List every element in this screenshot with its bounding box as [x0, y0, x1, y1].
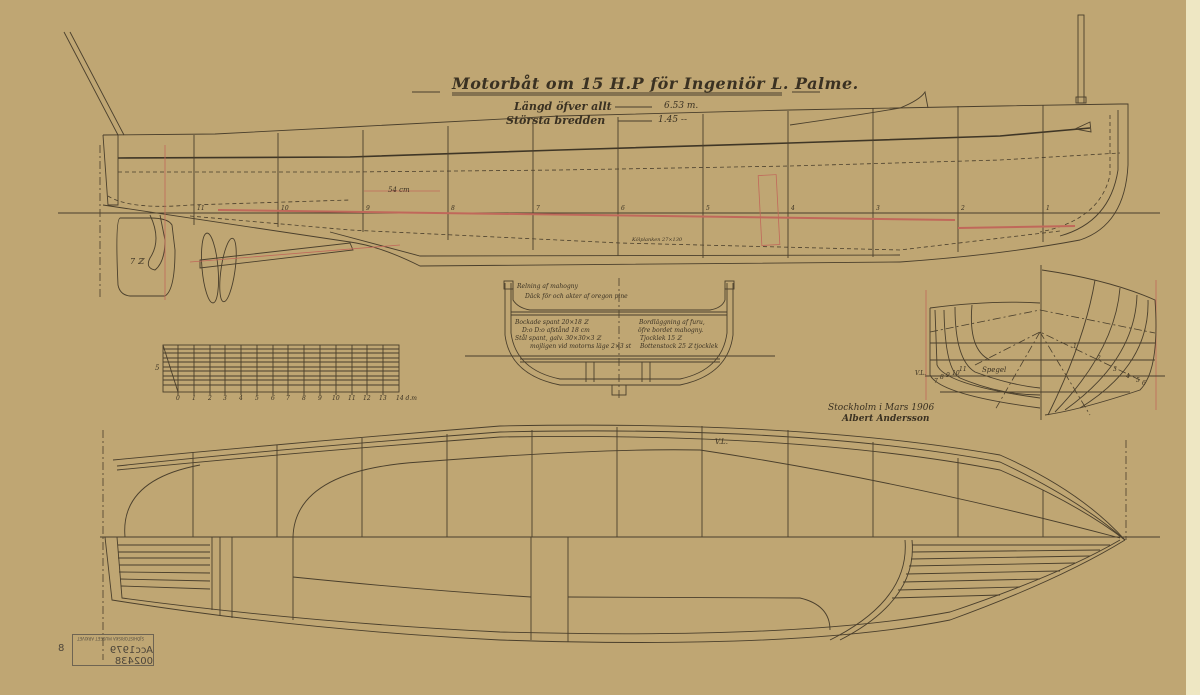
body-station-label: 5	[1136, 377, 1140, 384]
svg-text:1: 1	[1046, 205, 1050, 212]
scale-tick: 0	[176, 395, 180, 402]
scale-tick: 14 d.m	[396, 395, 417, 402]
keel-label: Kölplanken 27×130	[632, 237, 682, 243]
scale-tick: 4	[239, 395, 243, 402]
section-note: öfre bordet mahogny.	[638, 327, 703, 334]
svg-text:3: 3	[876, 205, 880, 212]
profile-view	[58, 15, 1160, 304]
body-plan	[925, 265, 1165, 420]
scale-tick: 5	[255, 395, 259, 402]
spec-length-label: Längd öfver allt	[514, 100, 612, 113]
section-note: Däck för och akter af oregon pine	[525, 293, 628, 300]
scale-tick: 6	[271, 395, 275, 402]
scale-tick: 3	[223, 395, 227, 402]
body-station-label: 9	[946, 372, 950, 379]
body-station-label: 2	[1097, 355, 1101, 362]
stamp-institution: SJÖHISTORISKA MUSEET ARKIVET	[77, 636, 144, 641]
body-station-label: 6	[1142, 380, 1146, 387]
profile-station-lines	[194, 105, 1043, 258]
svg-text:6: 6	[621, 205, 625, 212]
svg-text:9: 9	[366, 205, 370, 212]
svg-text:5: 5	[706, 205, 710, 212]
stamp-mark: 8	[58, 643, 64, 654]
rudder-label: 7 ℤ	[130, 257, 143, 266]
svg-text:7: 7	[536, 205, 540, 212]
section-note: Tjocklek 15 ℤ	[640, 335, 681, 342]
signature-name: Albert Andersson	[842, 414, 929, 424]
svg-text:11: 11	[197, 205, 205, 212]
signature-place-date: Stockholm i Mars 1906	[828, 403, 934, 413]
scale-tick: 8	[302, 395, 306, 402]
section-note: D:o D:o afstånd 18 cm	[522, 327, 590, 334]
spec-beam-value: 1.45 --	[658, 115, 687, 125]
section-note: Bockade spant 20×18 ℤ	[515, 319, 588, 326]
svg-text:8: 8	[451, 205, 455, 212]
body-station-label: 3	[1113, 366, 1117, 373]
scale-side-label: 5	[155, 364, 159, 372]
svg-text:10: 10	[281, 205, 289, 212]
section-note: mojligen vid motorns läge 2×3 st	[530, 343, 631, 350]
body-station-label: 8	[940, 374, 944, 381]
body-plan-waterline-label: V.L.	[915, 370, 926, 377]
body-station-label: 11	[959, 366, 967, 373]
section-note: Bordläggning af furu,	[639, 319, 705, 326]
archive-stamp: SJÖHISTORISKA MUSEET ARKIVET Acc1979 002…	[72, 634, 154, 666]
scale-tick: 9	[318, 395, 322, 402]
scale-tick: 12	[363, 395, 371, 402]
scale-tick: 1	[192, 395, 196, 402]
scale-tick: 2	[208, 395, 212, 402]
section-note: Stål spant, galv. 30×30×3 ℤ	[515, 335, 601, 342]
svg-text:4: 4	[790, 205, 795, 212]
scale-tick: 11	[348, 395, 356, 402]
spec-beam-label: Största bredden	[506, 114, 605, 127]
plan-waterline-label: V.L.	[715, 438, 728, 446]
transom-label: Spegel	[982, 366, 1006, 374]
scale-tick: 10	[332, 395, 340, 402]
svg-text:2: 2	[960, 205, 965, 212]
body-station-label: 7	[934, 378, 938, 385]
scale-tick: 13	[379, 395, 387, 402]
scale-tick: 7	[286, 395, 290, 402]
stamp-accession: Acc1979 002438	[75, 645, 153, 667]
section-note: Bottenstock 25 ℤ tjocklek	[640, 343, 718, 350]
spec-length-value: 6.53 m.	[664, 101, 698, 111]
plan-view	[100, 425, 1160, 660]
body-station-label: 1	[1073, 343, 1077, 350]
dimension-label: 54 cm	[388, 186, 410, 194]
scale-bar	[163, 345, 399, 395]
body-station-label: 4	[1126, 373, 1130, 380]
drawing-title: Motorbåt om 15 H.P för Ingeniör L. Palme…	[452, 74, 859, 93]
section-note: Relning af mahogny	[517, 283, 578, 290]
